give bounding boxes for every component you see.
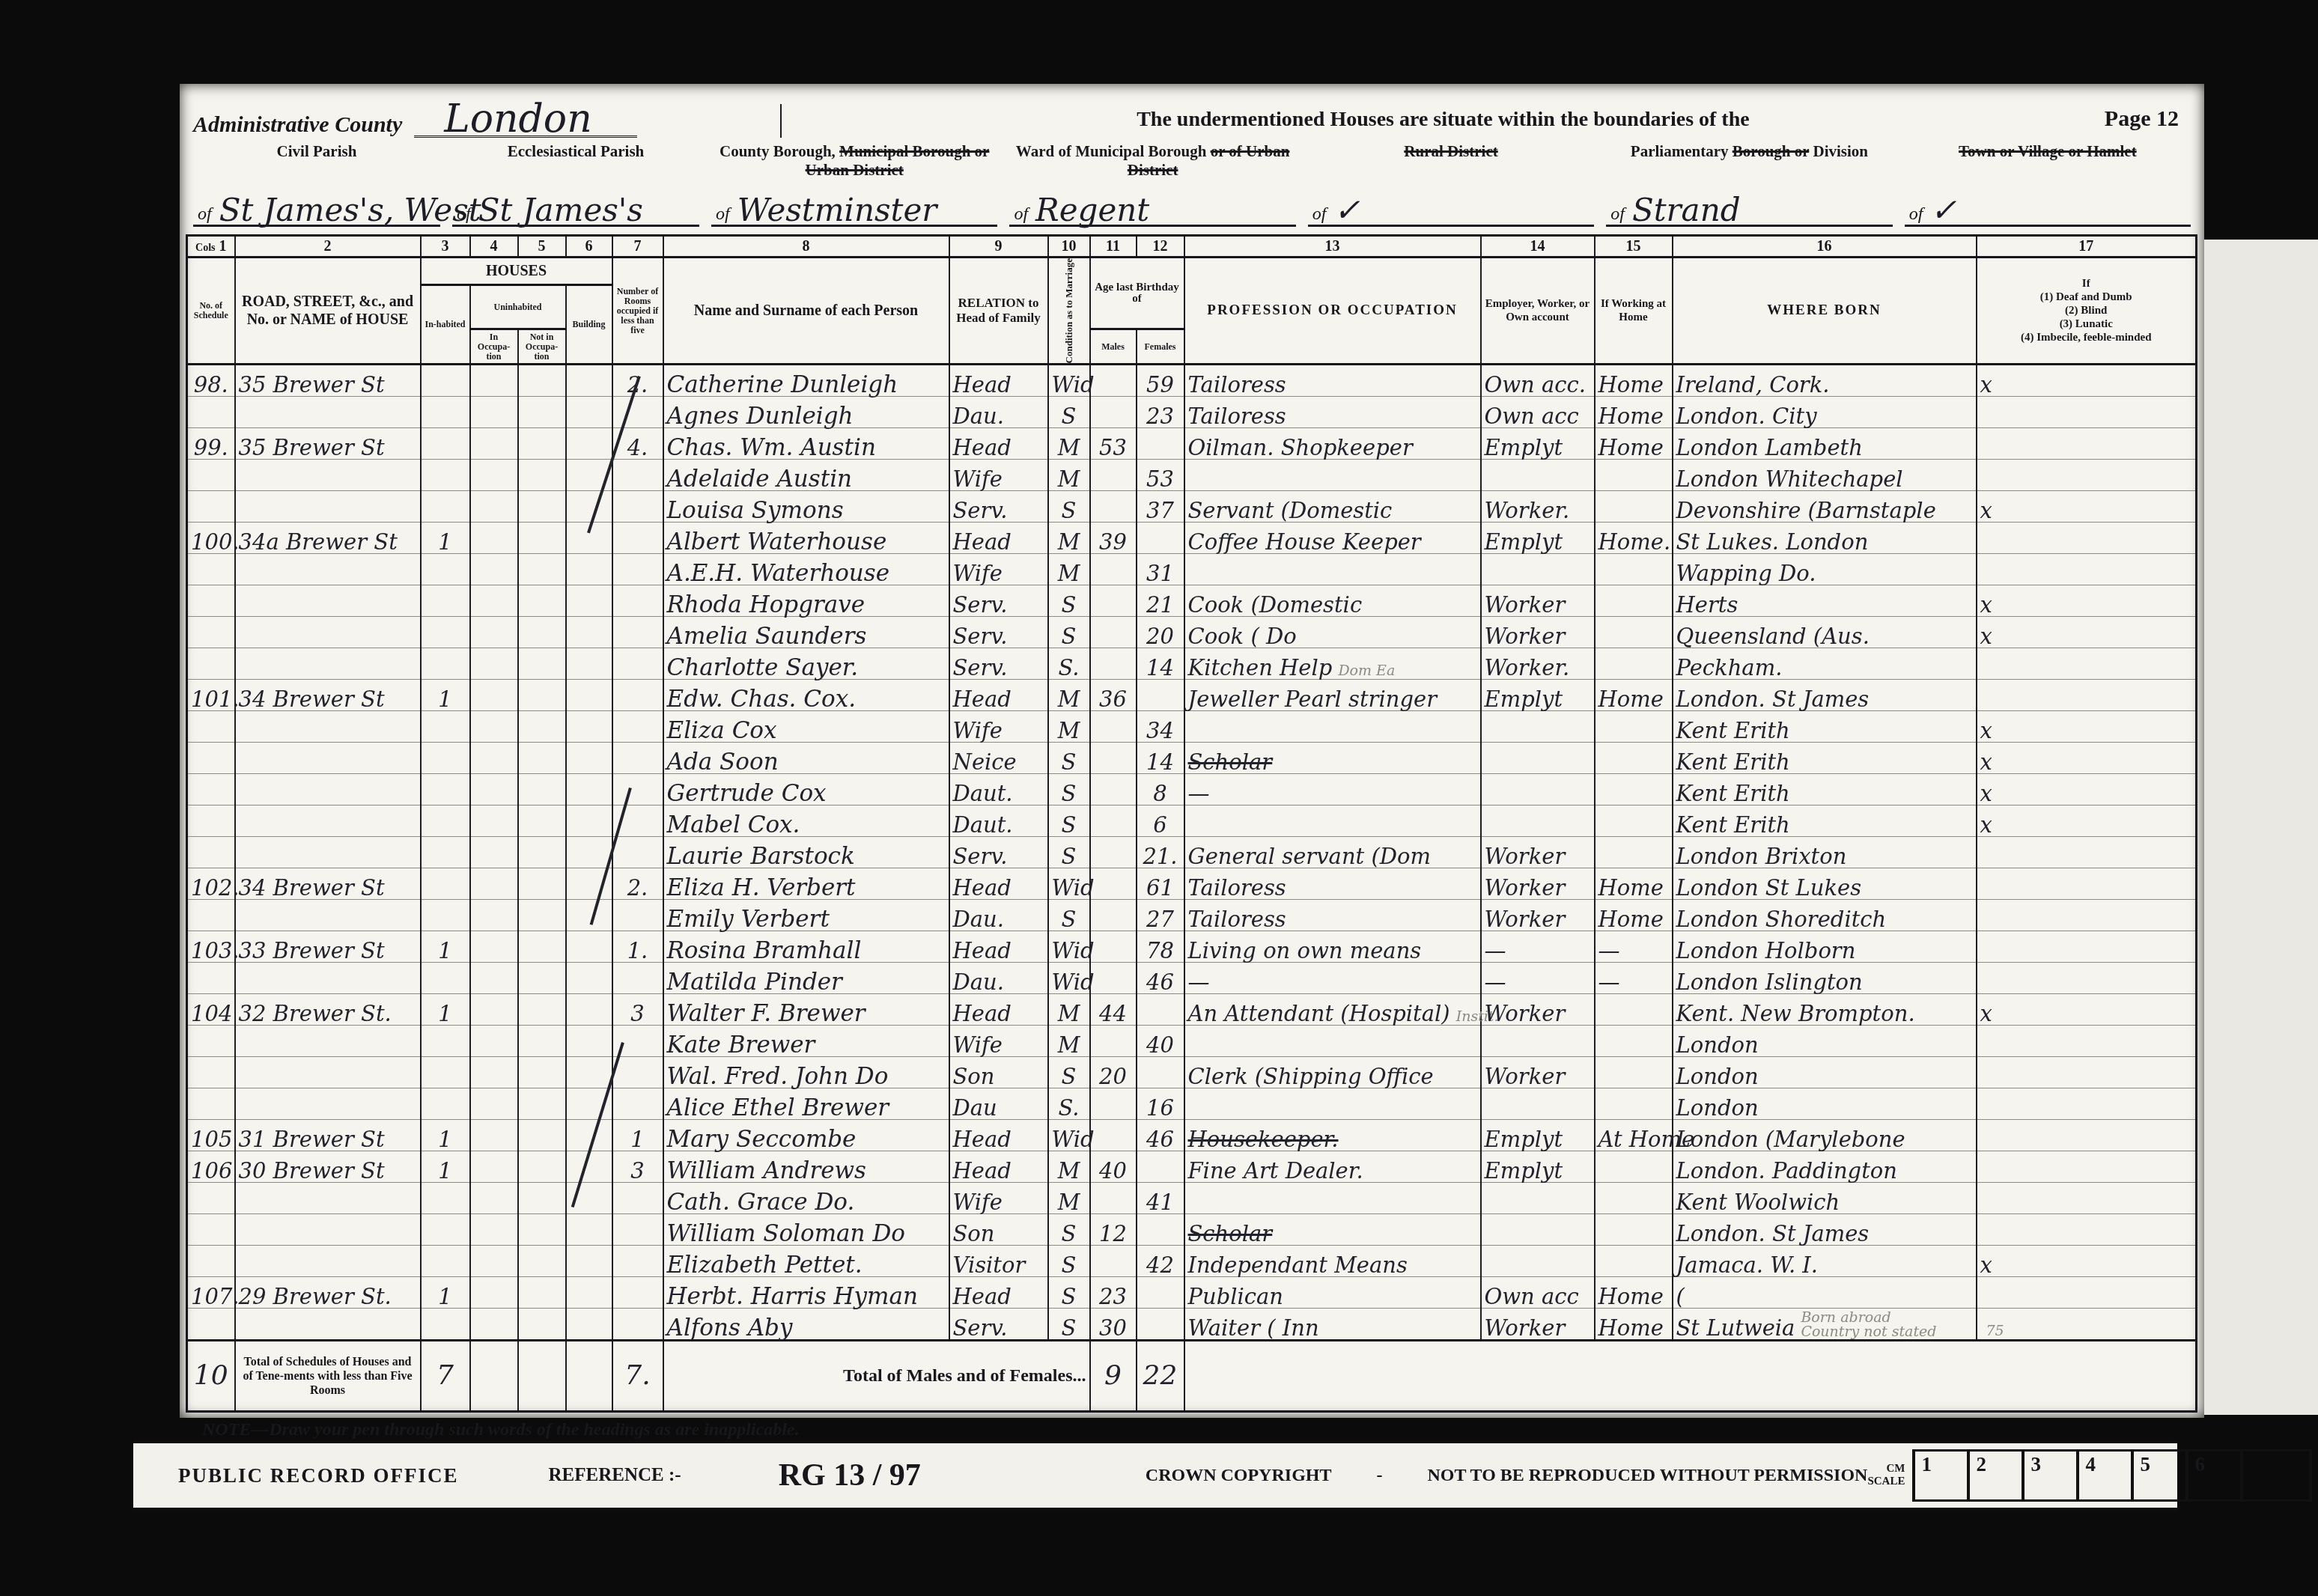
cell-address [235,1246,421,1277]
cell-uninhabited-in-occupation [470,900,518,931]
cell-where-born: London Lambeth [1673,428,1977,460]
cell-building [566,900,612,931]
district-label: Town or Village or Hamlet [1905,142,2191,181]
cell-name: Edw. Chas. Cox. [663,680,949,711]
district-county-borough: County Borough, Municipal Borough or Urb… [705,142,1003,227]
cell-occupation [1184,711,1481,743]
cell-infirmity [1977,1183,2197,1214]
cell-occupation [1184,460,1481,491]
col-number: 11 [1090,236,1137,258]
cell-relation: Wife [949,1183,1048,1214]
cell-employer: Worker [1481,837,1595,868]
cell-age-female [1137,1151,1184,1183]
cell-condition: S [1048,837,1090,868]
col-number: 15 [1595,236,1673,258]
census-page: Administrative County London The underme… [180,84,2204,1418]
table-row: William Soloman Do Son S 12 Scholar Lond… [187,1214,2197,1246]
table-row: Adelaide Austin Wife M 53 London Whitech… [187,460,2197,491]
total-schedules-label: Total of Schedules of Houses and of Tene… [235,1341,421,1412]
cell-age-female: 14 [1137,743,1184,774]
cell-relation: Serv. [949,617,1048,648]
cell-at-home: Home [1595,397,1673,428]
cell-building [566,397,612,428]
cell-uninhabited-in-occupation [470,1088,518,1120]
district-ecclesiastical-parish: Ecclesiastical Parish ofSt James's [446,142,705,227]
cell-condition: S [1048,617,1090,648]
page-number: Page 12 [2105,106,2186,138]
cell-age-female: 34 [1137,711,1184,743]
district-label: County Borough, Municipal Borough or Urb… [711,142,997,181]
table-row: 103. 33 Brewer St 1 1. Rosina Bramhall H… [187,931,2197,963]
cell-schedule-number [187,837,235,868]
cell-building [566,994,612,1026]
cell-where-born: Kent Erith [1673,743,1977,774]
cell-infirmity [1977,1120,2197,1151]
cell-where-born: London [1673,1026,1977,1057]
cell-at-home: Home [1595,868,1673,900]
cell-building [566,648,612,680]
cell-address [235,711,421,743]
cell-address: 29 Brewer St. [235,1277,421,1309]
cell-at-home [1595,1151,1673,1183]
cell-age-female [1137,1309,1184,1341]
cell-occupation: Scholar [1184,1214,1481,1246]
cell-uninhabited-not-in-occupation [518,428,566,460]
cell-building [566,365,612,397]
cell-rooms [612,648,663,680]
table-row: 102. 34 Brewer St 2. Eliza H. Verbert He… [187,868,2197,900]
cell-at-home [1595,460,1673,491]
cell-schedule-number [187,774,235,805]
table-row: 106 30 Brewer St 1 3 William Andrews Hea… [187,1151,2197,1183]
cell-relation: Serv. [949,491,1048,523]
cell-schedule-number [187,1309,235,1341]
scale-mark: 6 [2188,1449,2243,1502]
cell-relation: Dau. [949,900,1048,931]
cell-where-born: London. St James [1673,680,1977,711]
cell-name: Louisa Symons [663,491,949,523]
table-row: Agnes Dunleigh Dau. S 23 Tailoress Own a… [187,397,2197,428]
cell-at-home [1595,994,1673,1026]
cell-infirmity: x [1977,491,2197,523]
header-rooms: Number of Rooms occupied if less than fi… [612,258,663,365]
cell-age-male [1090,743,1137,774]
cell-uninhabited-not-in-occupation [518,931,566,963]
cell-building [566,491,612,523]
cell-address [235,1183,421,1214]
cell-address [235,900,421,931]
cell-condition: Wid [1048,365,1090,397]
cell-where-born: Herts [1673,585,1977,617]
cell-infirmity [1977,648,2197,680]
table-row: 101. 34 Brewer St 1 Edw. Chas. Cox. Head… [187,680,2197,711]
district-label: Rural District [1308,142,1594,181]
cell-where-born: St Lukes. London [1673,523,1977,554]
table-row: Amelia Saunders Serv. S 20 Cook ( Do Wor… [187,617,2197,648]
cell-age-female: 31 [1137,554,1184,585]
cell-age-male [1090,1026,1137,1057]
cell-employer [1481,743,1595,774]
cell-rooms [612,585,663,617]
cell-building [566,1277,612,1309]
table-row: Cath. Grace Do. Wife M 41 Kent Woolwich [187,1183,2197,1214]
cell-uninhabited-not-in-occupation [518,617,566,648]
cell-infirmity [1977,900,2197,931]
cell-condition: Wid [1048,931,1090,963]
cell-employer: Worker. [1481,491,1595,523]
cell-uninhabited-not-in-occupation [518,1151,566,1183]
cell-relation: Neice [949,743,1048,774]
cell-employer [1481,1026,1595,1057]
col-number: 6 [566,236,612,258]
cell-relation: Head [949,931,1048,963]
cell-occupation: Tailoress [1184,397,1481,428]
cell-condition: S [1048,900,1090,931]
cell-employer: Emplyt [1481,1120,1595,1151]
header-infirmity: If (1) Deaf and Dumb (2) Blind (3) Lunat… [1977,258,2197,365]
cell-address: 35 Brewer St [235,428,421,460]
cell-address [235,805,421,837]
cell-where-born: London St Lukes [1673,868,1977,900]
cell-schedule-number [187,617,235,648]
cell-uninhabited-in-occupation [470,1214,518,1246]
cell-relation: Head [949,523,1048,554]
cell-schedule-number: 99. [187,428,235,460]
cell-schedule-number: 101. [187,680,235,711]
cell-uninhabited-not-in-occupation [518,963,566,994]
cell-occupation: Jeweller Pearl stringer [1184,680,1481,711]
cell-at-home: Home [1595,680,1673,711]
cell-at-home [1595,617,1673,648]
cell-schedule-number: 102. [187,868,235,900]
cell-schedule-number [187,900,235,931]
cell-occupation [1184,554,1481,585]
undermentioned-text: The undermentioned Houses are situate wi… [782,108,2105,138]
cell-uninhabited-in-occupation [470,397,518,428]
cell-inhabited [421,868,470,900]
cell-rooms [612,1277,663,1309]
cell-condition: S [1048,743,1090,774]
header-street: ROAD, STREET, &c., and No. or NAME of HO… [235,258,421,365]
cell-name: Ada Soon [663,743,949,774]
cell-inhabited [421,1214,470,1246]
cell-schedule-number [187,585,235,617]
cell-uninhabited-not-in-occupation [518,648,566,680]
cell-age-female: 42 [1137,1246,1184,1277]
cell-condition: Wid [1048,963,1090,994]
cell-rooms [612,1214,663,1246]
cell-name: Amelia Saunders [663,617,949,648]
cell-age-male [1090,491,1137,523]
cell-schedule-number: 100. [187,523,235,554]
cell-at-home [1595,711,1673,743]
cell-address [235,1309,421,1341]
cell-name: Cath. Grace Do. [663,1183,949,1214]
cell-name: Mabel Cox. [663,805,949,837]
cell-uninhabited-in-occupation [470,1026,518,1057]
cell-occupation [1184,1088,1481,1120]
table-row: Charlotte Sayer. Serv. S. 14 Kitchen Hel… [187,648,2197,680]
cell-uninhabited-in-occupation [470,963,518,994]
cell-address [235,1057,421,1088]
cell-where-born: Kent Erith [1673,774,1977,805]
cell-address: 34 Brewer St [235,868,421,900]
col-number: 10 [1048,236,1090,258]
cell-age-female: 37 [1137,491,1184,523]
cell-address [235,1214,421,1246]
administrative-county: Administrative County London [193,104,782,138]
cell-infirmity: x [1977,743,2197,774]
reference-label: REFERENCE :- [459,1465,681,1486]
district-rural: Rural District of✓ [1302,142,1600,227]
cell-condition: S [1048,1214,1090,1246]
cell-inhabited [421,1026,470,1057]
cell-uninhabited-not-in-occupation [518,711,566,743]
cell-uninhabited-in-occupation [470,1277,518,1309]
cell-uninhabited-in-occupation [470,1151,518,1183]
cell-schedule-number [187,1026,235,1057]
cell-name: Eliza Cox [663,711,949,743]
cell-age-female: 21 [1137,585,1184,617]
header-schedule: No. of Schedule [187,258,235,365]
cell-condition: S [1048,1246,1090,1277]
cell-infirmity [1977,523,2197,554]
cell-age-female: 23 [1137,397,1184,428]
cell-name: Eliza H. Verbert [663,868,949,900]
cell-occupation [1184,805,1481,837]
cell-schedule-number [187,805,235,837]
cell-uninhabited-not-in-occupation [518,1120,566,1151]
cell-where-born: Ireland, Cork. [1673,365,1977,397]
cell-age-male [1090,397,1137,428]
cell-infirmity [1977,1277,2197,1309]
cell-rooms [612,1246,663,1277]
district-value: of✓ [1308,181,1594,227]
cell-age-male [1090,1120,1137,1151]
cell-building [566,1057,612,1088]
permission-notice: NOT TO BE REPRODUCED WITHOUT PERMISSION [1382,1466,1867,1486]
cell-age-male: 12 [1090,1214,1137,1246]
totals-row: 10 Total of Schedules of Houses and of T… [187,1341,2197,1412]
col-number: 5 [518,236,566,258]
cell-address [235,837,421,868]
table-row: 98. 35 Brewer St 2. Catherine Dunleigh H… [187,365,2197,397]
cell-at-home: — [1595,931,1673,963]
cell-occupation: Fine Art Dealer. [1184,1151,1481,1183]
administrative-county-label: Administrative County [193,112,402,138]
cell-address [235,648,421,680]
cell-infirmity: 75 [1977,1309,2197,1341]
cell-employer: Worker [1481,868,1595,900]
census-scan: Administrative County London The underme… [0,0,2318,1596]
cell-name: Albert Waterhouse [663,523,949,554]
cell-at-home: Home [1595,1277,1673,1309]
cell-relation: Wife [949,1026,1048,1057]
cell-condition: M [1048,428,1090,460]
cell-inhabited [421,900,470,931]
table-row: Ada Soon Neice S 14 Scholar Kent Erith x [187,743,2197,774]
cell-infirmity [1977,837,2197,868]
cell-employer [1481,774,1595,805]
cell-age-male [1090,554,1137,585]
cell-age-male [1090,805,1137,837]
cell-occupation: — [1184,774,1481,805]
col-number: 7 [612,236,663,258]
cell-name: Catherine Dunleigh [663,365,949,397]
district-value: of✓ [1905,181,2191,227]
cell-address [235,1088,421,1120]
total-rooms-value: 7. [612,1341,663,1412]
table-row: Alfons Aby Serv. S 30 Waiter ( Inn Worke… [187,1309,2197,1341]
table-row: Laurie Barstock Serv. S 21. General serv… [187,837,2197,868]
col-number: 17 [1977,236,2197,258]
table-row: Elizabeth Pettet. Visitor S 42 Independa… [187,1246,2197,1277]
cell-inhabited: 1 [421,1151,470,1183]
table-row: 107. 29 Brewer St. 1 Herbt. Harris Hyman… [187,1277,2197,1309]
cell-rooms [612,963,663,994]
cell-age-female [1137,1214,1184,1246]
cell-age-female [1137,428,1184,460]
col-number: 14 [1481,236,1595,258]
cell-where-born: Wapping Do. [1673,554,1977,585]
cell-uninhabited-in-occupation [470,523,518,554]
cell-condition: S [1048,774,1090,805]
cell-at-home: Home. [1595,523,1673,554]
cell-uninhabited-in-occupation [470,617,518,648]
cell-address [235,491,421,523]
district-ward: Ward of Municipal Borough or of Urban Di… [1003,142,1301,227]
cell-where-born: London Islington [1673,963,1977,994]
cell-address [235,743,421,774]
cell-condition: S [1048,1309,1090,1341]
cell-age-female: 14 [1137,648,1184,680]
cell-infirmity: x [1977,805,2197,837]
cell-building [566,1309,612,1341]
cell-address [235,963,421,994]
cell-building [566,774,612,805]
cell-building [566,1183,612,1214]
cell-age-female: 78 [1137,931,1184,963]
header-not-in-occupation: Not in Occupa-tion [518,329,566,365]
cell-inhabited: 1 [421,523,470,554]
cell-employer [1481,460,1595,491]
cell-condition: S [1048,585,1090,617]
record-office-label: PUBLIC RECORD OFFICE [133,1464,459,1487]
cell-schedule-number [187,554,235,585]
cell-uninhabited-in-occupation [470,805,518,837]
cell-rooms [612,397,663,428]
cell-inhabited [421,1183,470,1214]
cell-relation: Dau. [949,963,1048,994]
cell-where-born: Queensland (Aus. [1673,617,1977,648]
total-females-value: 22 [1137,1341,1184,1412]
header-in-occupation: In Occupa-tion [470,329,518,365]
scale-mark-blank [2243,1449,2312,1502]
district-town-village: Town or Village or Hamlet of✓ [1899,142,2197,227]
cell-infirmity [1977,1151,2197,1183]
scale-mark: 4 [2079,1449,2134,1502]
cell-uninhabited-not-in-occupation [518,1214,566,1246]
cell-rooms: 1. [612,931,663,963]
col-number: 12 [1137,236,1184,258]
table-header: Cols 1 2 3 4 5 6 7 8 9 10 11 12 13 14 15… [187,236,2197,365]
cell-at-home [1595,648,1673,680]
cell-where-born: London Brixton [1673,837,1977,868]
cell-employer [1481,805,1595,837]
cell-uninhabited-in-occupation [470,648,518,680]
table-row: Kate Brewer Wife M 40 London [187,1026,2197,1057]
cell-employer [1481,1246,1595,1277]
cell-occupation: Living on own means [1184,931,1481,963]
empty-cell [1184,1341,2197,1412]
cell-where-born: London Shoreditch [1673,900,1977,931]
cell-occupation: — [1184,963,1481,994]
cell-rooms: 1 [612,1120,663,1151]
cell-name: Kate Brewer [663,1026,949,1057]
cell-uninhabited-not-in-occupation [518,523,566,554]
column-number-row: Cols 1 2 3 4 5 6 7 8 9 10 11 12 13 14 15… [187,236,2197,258]
cell-occupation: Kitchen HelpDom Ea [1184,648,1481,680]
cell-uninhabited-not-in-occupation [518,805,566,837]
cell-building [566,743,612,774]
cell-uninhabited-not-in-occupation [518,868,566,900]
cell-relation: Dau [949,1088,1048,1120]
cell-condition: M [1048,554,1090,585]
cell-age-female [1137,1057,1184,1088]
cell-uninhabited-not-in-occupation [518,680,566,711]
cell-employer: Worker. [1481,648,1595,680]
cell-occupation [1184,1026,1481,1057]
cell-uninhabited-not-in-occupation [518,1183,566,1214]
cell-relation: Serv. [949,837,1048,868]
cell-relation: Serv. [949,1309,1048,1341]
cell-uninhabited-in-occupation [470,428,518,460]
census-body: 98. 35 Brewer St 2. Catherine Dunleigh H… [187,365,2197,1341]
cell-where-born: Kent Erith [1673,805,1977,837]
empty-cell [518,1341,566,1412]
cell-condition: M [1048,1026,1090,1057]
cell-age-female: 46 [1137,963,1184,994]
cell-employer [1481,554,1595,585]
cell-relation: Serv. [949,585,1048,617]
cell-age-female: 61 [1137,868,1184,900]
cell-employer: Worker [1481,994,1595,1026]
cell-occupation: Scholar [1184,743,1481,774]
cell-name: Chas. Wm. Austin [663,428,949,460]
cell-employer [1481,1088,1595,1120]
cell-at-home: Home [1595,1309,1673,1341]
cell-inhabited [421,774,470,805]
cell-rooms [612,523,663,554]
cell-uninhabited-not-in-occupation [518,900,566,931]
cell-employer: Worker [1481,1309,1595,1341]
district-label: Civil Parish [193,142,440,181]
cell-age-male [1090,617,1137,648]
cell-relation: Wife [949,554,1048,585]
cell-age-female: 21. [1137,837,1184,868]
cell-age-male [1090,900,1137,931]
cell-name: Emily Verbert [663,900,949,931]
cell-age-male: 23 [1090,1277,1137,1309]
cell-age-male [1090,365,1137,397]
col-number: 3 [421,236,470,258]
cell-age-male [1090,774,1137,805]
district-label: Ward of Municipal Borough or of Urban Di… [1009,142,1295,181]
cell-inhabited [421,1246,470,1277]
cell-rooms [612,460,663,491]
header-inhabited: In-habited [421,285,470,365]
cell-uninhabited-not-in-occupation [518,774,566,805]
